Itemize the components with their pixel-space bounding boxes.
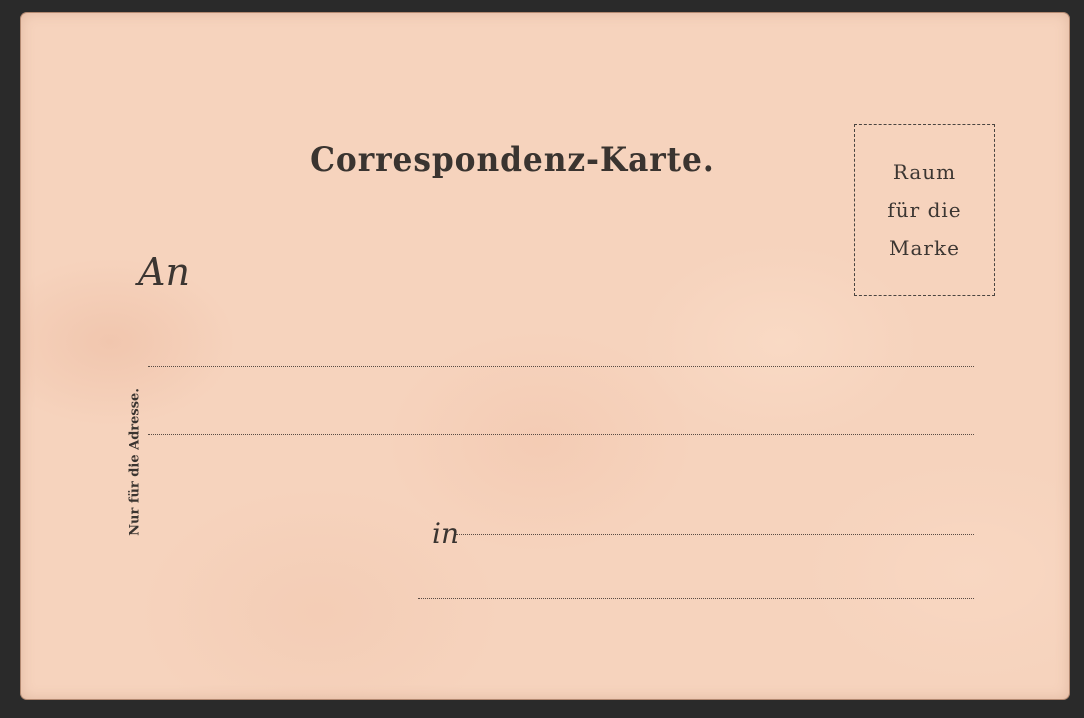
stamp-box: Raum für die Marke <box>854 124 995 296</box>
postcard: Correspondenz-Karte. Raum für die Marke … <box>20 12 1070 700</box>
stamp-box-line: Raum <box>893 155 956 189</box>
stamp-box-line: Marke <box>889 231 960 265</box>
postcard-title: Correspondenz-Karte. <box>310 140 715 180</box>
destination-line <box>456 534 974 535</box>
address-note: Nur für die Adresse. <box>128 388 143 536</box>
address-line-2 <box>148 434 974 435</box>
salutation-an: An <box>138 250 190 294</box>
destination-label: in <box>432 517 459 550</box>
stamp-box-line: für die <box>887 193 961 227</box>
address-line-1 <box>148 366 974 367</box>
address-line-4 <box>418 598 974 599</box>
